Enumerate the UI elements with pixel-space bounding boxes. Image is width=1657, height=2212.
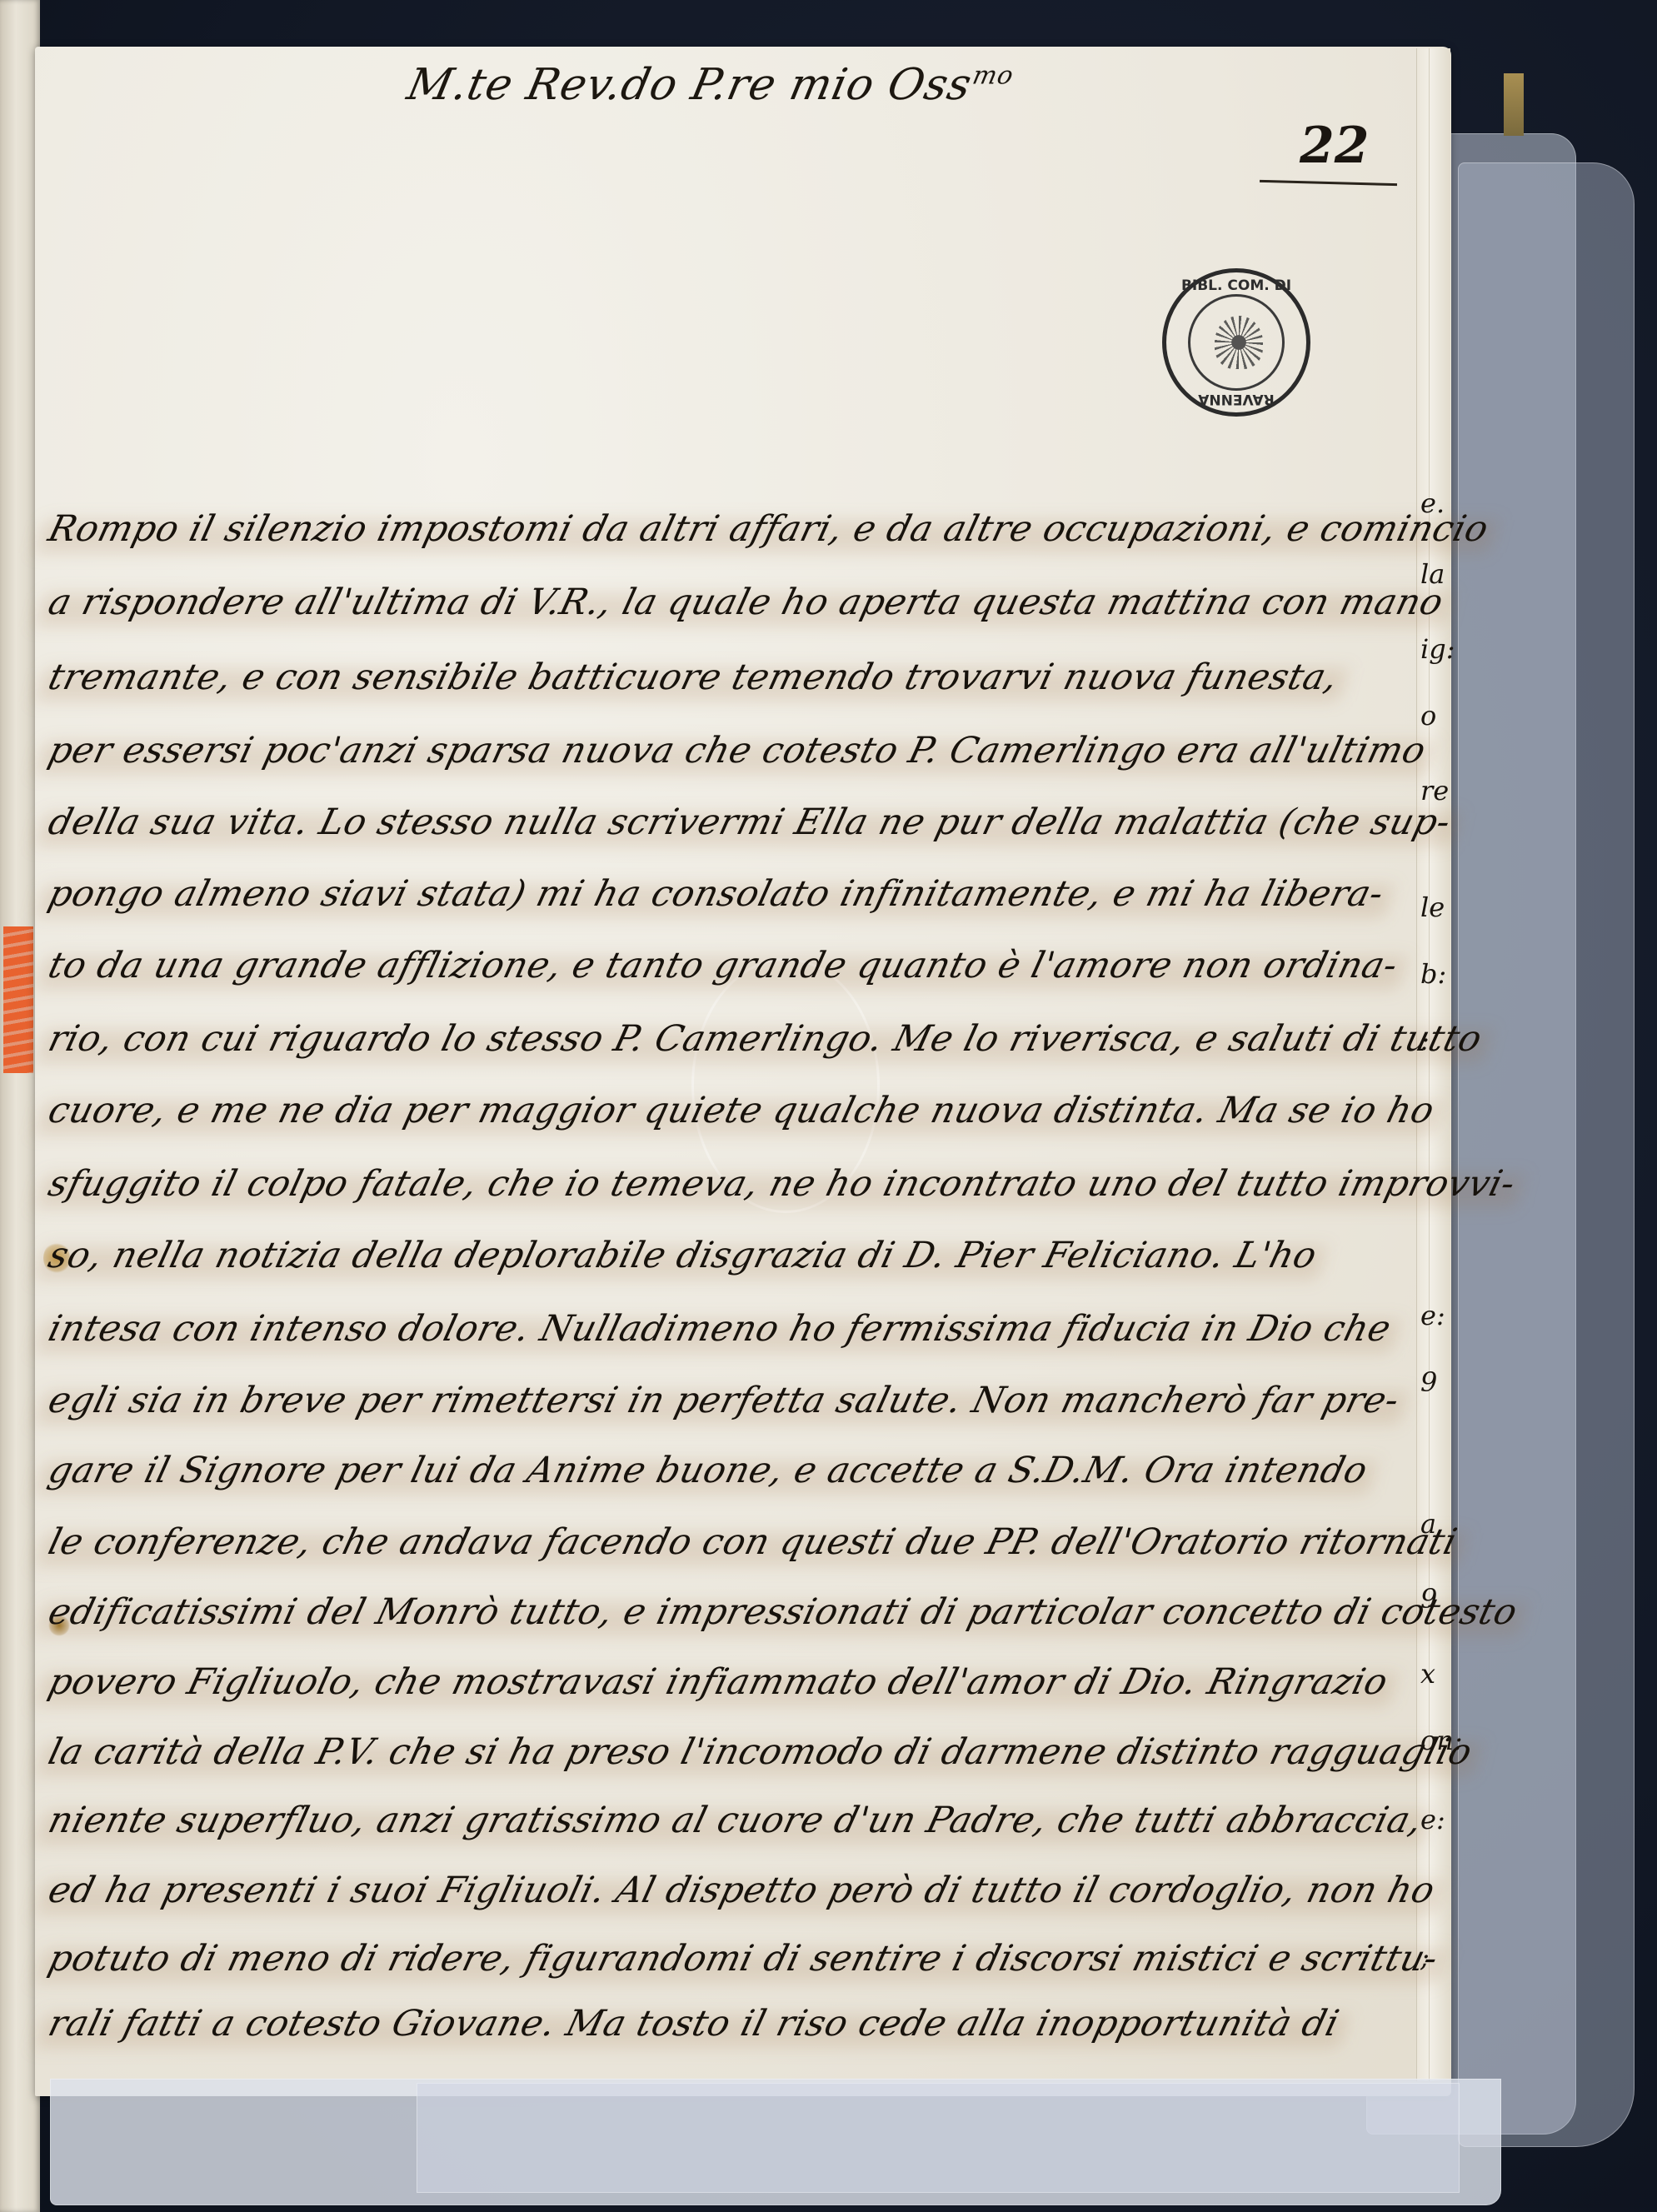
text-line: la carità della P.V. che si ha preso l'i… <box>42 1731 1477 1781</box>
text-line: a rispondere all'ultima di V.R., la qual… <box>42 582 1448 632</box>
text-line: edificatissimi del Monrò tutto, e impres… <box>42 1591 1522 1641</box>
margin-note: ig: <box>1420 633 1455 665</box>
text-line: sfuggito il colpo fatale, che io temeva,… <box>42 1163 1520 1213</box>
text-line: tremante, e con sensibile batticuore tem… <box>42 657 1343 707</box>
text-line: gare il Signore per lui da Anime buone, … <box>42 1450 1372 1500</box>
text-line: so, nella notizia della deplorabile disg… <box>42 1235 1321 1285</box>
margin-note: x <box>1420 1658 1435 1690</box>
text-line: to da una grande afflizione, e tanto gra… <box>42 945 1402 995</box>
margin-note: ; <box>1420 1941 1430 1973</box>
text-line: pongo almeno siavi stata) mi ha consolat… <box>42 873 1389 923</box>
margin-note: b: <box>1420 958 1446 990</box>
tissue-interleaf-bottom-2 <box>417 2083 1460 2193</box>
text-line: rio, con cui riguardo lo stesso P. Camer… <box>42 1018 1486 1068</box>
text-line: Rompo il silenzio impostomi da altri aff… <box>42 508 1493 558</box>
margin-note: o <box>1420 700 1436 732</box>
margin-note: 9 <box>1420 1366 1437 1398</box>
margin-note: la <box>1420 558 1445 590</box>
text-line: per essersi poc'anzi sparsa nuova che co… <box>42 730 1430 780</box>
text-line: egli sia in breve per rimettersi in perf… <box>42 1380 1404 1430</box>
text-line: povero Figliuolo, che mostravasi infiamm… <box>42 1661 1392 1711</box>
text-line: potuto di meno di ridere, figurandomi di… <box>42 1938 1443 1988</box>
text-line: niente superfluo, anzi gratissimo al cuo… <box>42 1800 1427 1850</box>
book-binding-left <box>0 0 40 2212</box>
text-line: intesa con intenso dolore. Nulladimeno h… <box>42 1308 1395 1358</box>
text-line: ed ha presenti i suoi Figliuoli. Al disp… <box>42 1870 1440 1920</box>
text-line: della sua vita. Lo stesso nulla scriverm… <box>42 801 1455 851</box>
text-line: rali fatti a cotesto Giovane. Ma tosto i… <box>42 2003 1344 2053</box>
margin-note: e. <box>1420 487 1445 519</box>
salutation-superscript: mo <box>970 62 1016 91</box>
text-line: cuore, e me ne dia per maggior quiete qu… <box>42 1090 1439 1140</box>
margin-note: e: <box>1420 1300 1445 1331</box>
margin-note: : <box>1420 1025 1430 1056</box>
stamp-text-top: BIBL. COM. DI <box>1166 277 1306 294</box>
margin-note: e: <box>1420 1804 1445 1835</box>
archive-stamp: BIBL. COM. DI RAVENNA <box>1162 268 1310 417</box>
stamp-emblem-icon <box>1215 316 1263 369</box>
folio-number: 22 <box>1300 117 1370 175</box>
margin-note: a <box>1420 1508 1436 1540</box>
margin-note: 9 <box>1420 1583 1437 1615</box>
gilt-edge-tab <box>1504 73 1524 136</box>
tissue-interleaf-right-2 <box>1458 162 1635 2147</box>
margin-note: le <box>1420 891 1445 923</box>
margin-note: re <box>1420 775 1449 806</box>
text-line: le conferenze, che andava facendo con qu… <box>42 1521 1462 1571</box>
orange-marker-tab <box>3 926 33 1073</box>
margin-note: on: <box>1420 1725 1463 1756</box>
letter-salutation: M.te Rev.do P.re mio Ossmo <box>403 60 1017 110</box>
stamp-text-bottom: RAVENNA <box>1166 391 1306 407</box>
salutation-main: M.te Rev.do P.re mio Oss <box>403 60 976 110</box>
